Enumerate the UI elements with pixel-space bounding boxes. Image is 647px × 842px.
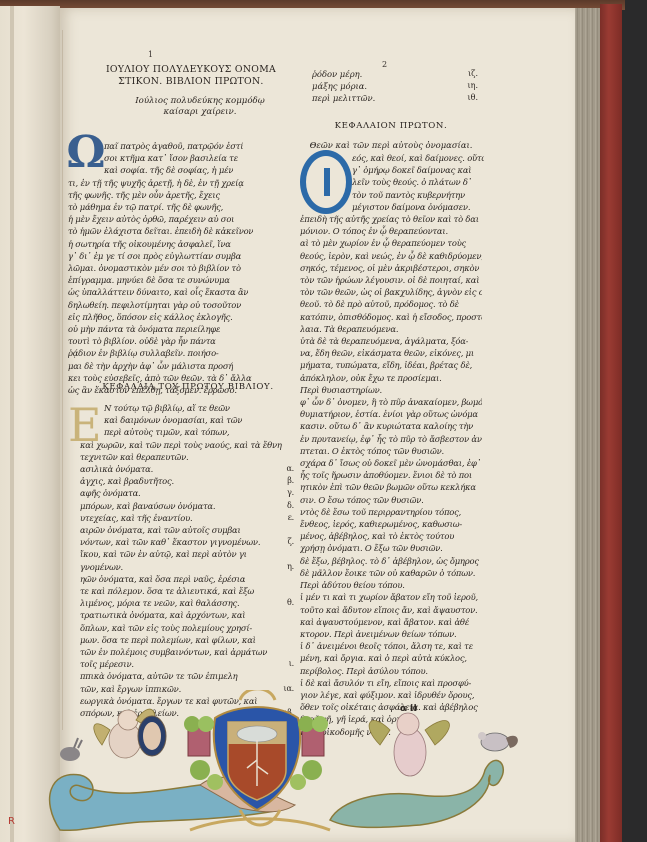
chapter-line: καὶ ἀψαυστούμενον, καὶ ἄβατον. καὶ ἀθέ [300, 616, 482, 628]
line-text: θεούς, ἱερὸν, καὶ νεώς, ἐν ᾧ δὲ καθιδρύο… [300, 250, 482, 262]
line-text: μέγιστον δαίμονα ὀνόμασεν. [352, 201, 470, 213]
line-text: ἐν πρυτανείῳ, ἐφ᾽ ἧς τὸ πῦρ τὸ ἄσβεστον … [300, 433, 482, 445]
theta-stem [324, 168, 330, 196]
line-text: κασιν. οὕτω δ᾽ ἂν κυριώτατα καλοίης τὴν [300, 420, 473, 432]
chapter-number: ι. [289, 658, 294, 670]
contents-entry: Εμπόρων, καὶ βαναύσων ὀνόματα.δ. [80, 500, 294, 512]
line-text: τῆς φωνῆς. τῆς μὲν οὖν ἀρετῆς, ἔχεις [68, 189, 220, 201]
chapter-number: ιθ. [468, 92, 479, 104]
contents-entry: τοῖς μέρεσιν.ι. [80, 658, 294, 670]
line-text: τοῖς μέρεσιν. [80, 658, 134, 670]
chapter-number: γ. [287, 487, 294, 499]
preface-line: γ᾽ δι᾽ ἐμ γε τί σοι πρὸς εὐγλωττίαν συμβ… [68, 250, 294, 262]
line-text: τρατιωτικὰ ὀνόματα, καὶ ἀρχόντων, καὶ [80, 609, 245, 621]
line-text: γ᾽ ὁμήρῳ δοκεῖ δαίμονας καὶ [352, 164, 471, 176]
contents-intro-line: καὶ δαιμόνων ὀνομασίαι, καὶ τῶν [104, 414, 294, 426]
contents-intro-line: περὶ αὐτοὺς τιμῶν, καὶ τόπων, [104, 426, 294, 438]
line-text: οὐ μὴν πάντα τὰ ὀνόματα περιείληφε [68, 323, 220, 335]
chapter-line: λεῖν τοὺς θεούς. ὁ πλάτων δ᾽ [352, 176, 484, 188]
line-text: μένη, καὶ ὄργια. καὶ ὁ περὶ αὐτὰ κύκλος, [300, 652, 467, 664]
line-text: τὸν τῶν θεῶν, ὡς οἱ βακχυλίδης, ἀγνὸν εἰ… [300, 286, 482, 298]
chapter-number: β. [287, 475, 294, 487]
line-text: μόνιον. Ο τόπος ἐν ᾧ θεραπεύονται. [300, 225, 448, 237]
chapter-line: γ᾽ ὁμήρῳ δοκεῖ δαίμονας καὶ [352, 164, 484, 176]
chapter-line: Περὶ θυσιαστηρίων. [300, 384, 482, 396]
contents-entry: Βαφῆς ὀνόματα.γ. [80, 487, 294, 499]
chapter-line: Εσχάρα δ᾽ ἴσως οὐ δοκεῖ μὲν ὠνομάσθαι, ἐ… [300, 457, 482, 469]
line-text: μήματα, τυπώματα, εἴδη, ἰδέαι, βρέτας δὲ… [300, 359, 472, 371]
chapter-number: ε. [288, 512, 294, 524]
line-text: εός, καὶ θεοί, καὶ δαίμονες. οὕτω [352, 152, 484, 164]
line-text: Περὶ ἀδύτου θείου τόπου. [300, 579, 405, 591]
line-text: χρήσῃ ὀνόματι. Ο ἔξω τῶν θυσιῶν. [300, 542, 443, 554]
chapter-line: μέγιστον δαίμονα ὀνόμασεν. [352, 201, 484, 213]
chapter-line: τὸν τῶν ἡρώων λέγουσιν. οἱ δὲ ποιηταί, κ… [300, 274, 482, 286]
chapter-line: θυμιατήριον, ἑστία. ἐνίοι γὰρ οὕτως ὠνόμ… [300, 408, 482, 420]
chapter-line: κτορον. Περὶ ἀνειμένων θείων τόπων. [300, 628, 482, 640]
line-text: ντὸς δὲ ἔσω τοῦ περιρραντηρίου τόπος, [300, 506, 461, 518]
line-text: ἐπειδὴ τῆς αὐτῆς χρείας τὸ θεῖον καὶ τὸ … [300, 213, 479, 225]
line-text: ηῶν ὀνόματα, καὶ ὅσα περὶ ναῦς, ἐρέσια [80, 573, 245, 585]
chapter-line: ἐν πρυτανείῳ, ἐφ᾽ ἧς τὸ πῦρ τὸ ἄσβεστον … [300, 433, 482, 445]
chapter-line: Αὐτὰ δὲ τὰ θεραπευόμενα, ἀγάλματα, ξόα- [300, 335, 482, 347]
chapter-line: μήματα, τυπώματα, εἴδη, ἰδέαι, βρέτας δὲ… [300, 359, 482, 371]
line-text: περὶ αὐτοὺς τιμῶν, καὶ τόπων, [104, 426, 229, 438]
folio-number-left: 1 [148, 50, 153, 59]
line-text: ἐπίγραμμα. μηνύει δὲ ὅσα τε συνώνυμα [68, 274, 230, 286]
line-text: γνομένων. [80, 561, 123, 573]
toc-continued: Αῥόδον μέρη.ιζ.Αμάξης μόρια.ιη.Γπερὶ μελ… [308, 68, 478, 104]
line-text: τουτὶ τὸ βιβλίον. οὐδὲ γὰρ ἦν πάντα [68, 335, 216, 347]
line-text: ἡ μὲν ἔχειν αὐτὸς ὀρθῶ, παρέχειν αὐ σοι [68, 213, 234, 225]
chapter-line: εός, καὶ θεοί, καὶ δαίμονες. οὕτω [352, 152, 484, 164]
line-text: τε καὶ πόλεμον. ὅσα τε ἁλιευτικά, καὶ ἔξ… [80, 585, 254, 597]
line-text: ῥόδον μέρη. [312, 68, 362, 80]
contents-intro-line: καὶ χωρῶν, καὶ τῶν περὶ τοὺς ναούς, καὶ … [80, 439, 294, 451]
line-text: τι, ἐν τῇ τῆς ψυχῆς ἀρετῇ, ἡ δὲ, ἐν τῇ χ… [68, 177, 244, 189]
line-text: τῶν ἐν πολέμοις συμβαινόντων, καὶ ἁρμάτω… [80, 646, 267, 658]
preface-line: τὸ μάθημα ἐν τῷ πατρί. τῆς δὲ φωνῆς, [68, 201, 294, 213]
chapter-line: μόνιον. Ο τόπος ἐν ᾧ θεραπεύονται. [300, 225, 482, 237]
line-text: ἀγχις, καὶ βραδυτῆτος. [80, 475, 174, 487]
toc-entry: Γπερὶ μελιττῶν.ιθ. [308, 92, 478, 104]
line-text: ἡ σωτηρία τῆς οἰκουμένης ἀσφαλεῖ, ἵνα [68, 238, 231, 250]
contents-entry: γνομένων.η. [80, 561, 294, 573]
chapter-line: τὸν τοῦ παντὸς κυβερνήτην [352, 189, 484, 201]
chapter-line: κασιν. οὕτω δ᾽ ἂν κυριώτατα καλοίης τὴν [300, 420, 482, 432]
chapter-number: α. [286, 463, 294, 475]
book-viewer: R 1 2 ΙΟΥΛΙΟΥ ΠΟΛΥΔΕΥΚΟΥΣ ΟΝΟΜΑ ΣΤΙΚΟΝ. … [0, 0, 647, 842]
line-text: ητικὸν ἐπὶ τῶν θεῶν βωμῶν οὕτω κεκλήκα [300, 481, 476, 493]
line-text: καὶ ἀψαυστούμενον, καὶ ἄβατον. καὶ ἀθέ [300, 616, 469, 628]
preface-line: τουτὶ τὸ βιβλίον. οὐδὲ γὰρ ἦν πάντα [68, 335, 294, 347]
contents-intro-line: Ν τούτῳ τῷ βιβλίῳ, αἵ τε θεῶν [104, 402, 294, 414]
preface-line: οὐ μὴν πάντα τὰ ὀνόματα περιείληφε [68, 323, 294, 335]
line-text: παῖ πατρὸς ἀγαθοῦ, πατρῷόν ἐστί [104, 140, 243, 152]
chapter-line: σιν. Ο ἔσω τόπος τῶν θυσιῶν. [300, 494, 482, 506]
chapter-line: ἔνθεος, ἱερός, καθιερωμένος, καθωσιω- [300, 518, 482, 530]
line-text: Ν τούτῳ τῷ βιβλίῳ, αἵ τε θεῶν [104, 402, 230, 414]
line-text: αὶ τὸ μὲν χωρίον ἐν ᾧ θεραπεύομεν τοὺς [300, 237, 466, 249]
line-text: εἰς πλῆθος, ὅπόσον εἰς κάλλος ἐκλογῆς. [68, 311, 233, 323]
line-text: ἔνθεος, ἱερός, καθιερωμένος, καθωσιω- [300, 518, 462, 530]
line-text: τὸν τοῦ παντὸς κυβερνήτην [352, 189, 465, 201]
book-title: ΙΟΥΛΙΟΥ ΠΟΛΥΔΕΥΚΟΥΣ ΟΝΟΜΑ ΣΤΙΚΟΝ. ΒΙΒΛΙΟ… [86, 64, 296, 88]
contents-entry: Οἴκου, καὶ τῶν ἐν αὐτῷ, καὶ περὶ αὐτὸν γ… [80, 548, 294, 560]
preface-line: λῶμαι. ὀνομαστικὸν μέν σοι τὸ βιβλίον τὸ [68, 262, 294, 274]
line-text: περίβολος. Περὶ ἀσύλου τόπου. [300, 665, 428, 677]
contents-intro: Ν τούτῳ τῷ βιβλίῳ, αἵ τε θεῶνκαὶ δαιμόνω… [104, 402, 294, 463]
title-line-2: ΣΤΙΚΟΝ. ΒΙΒΛΙΟΝ ΠΡΩΤΟΝ. [86, 76, 296, 88]
toc-entry: Αῥόδον μέρη.ιζ. [308, 68, 478, 80]
chapter-line: Οἱ δ᾽ ἀνειμένοι θεοῖς τόποι, ἄλση τε, κα… [300, 640, 482, 652]
line-text: ἰ μέν τι καὶ τι χωρίον ἄβατον εἴη τοῦ ἱε… [300, 591, 478, 603]
chapter-line: κατόπιν, ὀπισθόδομος. καὶ ἡ εἴσοδος, προ… [300, 311, 482, 323]
contents-entry: ὅπλων, καὶ τῶν εἰς τοὺς πολεμίους χρησί- [80, 622, 294, 634]
line-text: πτεται. Ο ἐκτὸς τόπος τῶν θυσιῶν. [300, 445, 444, 457]
line-text: τὸ μάθημα ἐν τῷ πατρί. τῆς δὲ φωνῆς, [68, 201, 223, 213]
dedication-line-1: Ιούλιος πολυδεύκης κομμόδῳ [100, 96, 300, 107]
line-text: φ᾽ ὧν δ᾽ ὀνομεν, ἢ τὸ πῦρ ἀνακαίομεν, βω… [300, 396, 482, 408]
contents-intro-line: τεχνιτῶν καὶ θεραπευτῶν. [80, 451, 294, 463]
line-text: να, ἕδη θεῶν, εἰκάσματα θεῶν, εἰκόνες, μ… [300, 347, 474, 359]
preface-line: εἰς πλῆθος, ὅπόσον εἰς κάλλος ἐκλογῆς. [68, 311, 294, 323]
line-text: θυμιατήριον, ἑστία. ἐνίοι γὰρ οὕτως ὠνόμ… [300, 408, 478, 420]
line-text: ππικὰ ὀνόματα, αὐτῶν τε τῶν ἐπιμελη [80, 670, 238, 682]
line-text: ὐτὰ δὲ τὰ θεραπευόμενα, ἀγάλματα, ξόα- [300, 335, 468, 347]
preface-line: ῥᾴδιον ἐν βιβλίῳ συλλαβεῖν. ποιήσο- [68, 347, 294, 359]
preface-line: καὶ σοφία. τῆς δὲ σοφίας, ἡ μέν [104, 164, 294, 176]
line-text: ἰ δὲ καὶ ἄσυλόν τι εἴη, εἴποις καὶ προσφ… [300, 677, 471, 689]
line-text: λεῖν τοὺς θεούς. ὁ πλάτων δ᾽ [352, 176, 472, 188]
line-text: δὲ μᾶλλον ἔοικε τῶν οὐ καθαρῶν ὁ τόπων. [300, 567, 475, 579]
illuminated-initial-omega: Ω [66, 132, 106, 174]
line-text: μων. ὅσα τε περὶ πολεμίων, καὶ φίλων, κα… [80, 634, 256, 646]
line-text: τεχνιτῶν καὶ θεραπευτῶν. [80, 451, 189, 463]
contents-entry: Νηῶν ὀνόματα, καὶ ὅσα περὶ ναῦς, ἐρέσια [80, 573, 294, 585]
chapter-line: μένος, ἀβέβηλος, καὶ τὸ ἐκτὸς τούτου [300, 530, 482, 542]
chapter-line: δὲ μᾶλλον ἔοικε τῶν οὐ καθαρῶν ὁ τόπων. [300, 567, 482, 579]
contents-entry: Ιππικὰ ὀνόματα, αὐτῶν τε τῶν ἐπιμελη [80, 670, 294, 682]
chapter-line: περίβολος. Περὶ ἀσύλου τόπου. [300, 665, 482, 677]
chapter-line: Εἰ δὲ καὶ ἄσυλόν τι εἴη, εἴποις καὶ προσ… [300, 677, 482, 689]
chapter-line: ἀπόκληλον, οὐκ ἔχω τε προσίεμαι. [300, 372, 482, 384]
contents-entry: νόντων, καὶ τῶν καθ᾽ ἕκαστον γιγνομένων.… [80, 536, 294, 548]
line-text: καὶ σοφία. τῆς δὲ σοφίας, ἡ μέν [104, 164, 233, 176]
line-text: ἴκου, καὶ τῶν ἐν αὐτῷ, καὶ περὶ αὐτὸν γι [80, 548, 247, 560]
contents-entry: τε καὶ πόλεμον. ὅσα τε ἁλιευτικά, καὶ ἔξ… [80, 585, 294, 597]
dedication: Ιούλιος πολυδεύκης κομμόδῳ καίσαρι χαίρε… [100, 96, 300, 118]
line-text: αφῆς ὀνόματα. [80, 487, 141, 499]
chapter-heading: ΚΕΦΑΛΑΙΟΝ ΠΡΩΤΟΝ. [300, 121, 482, 131]
line-text: μένος, ἀβέβηλος, καὶ τὸ ἐκτὸς τούτου [300, 530, 454, 542]
chapter-line: λαια. Τὰ θεραπευόμενα. [300, 323, 482, 335]
preface-column: παῖ πατρὸς ἀγαθοῦ, πατρῷόν ἐστίσοι κτῆμα… [104, 140, 294, 396]
line-text: λῶμαι. ὀνομαστικὸν μέν σοι τὸ βιβλίον τὸ [68, 262, 241, 274]
contents-entry: Τἀγχις, καὶ βραδυτῆτος.β. [80, 475, 294, 487]
preface-line: ἡ μὲν ἔχειν αὐτὸς ὀρθῶ, παρέχειν αὐ σοι [68, 213, 294, 225]
contents-entry: Ευτεχείας, καὶ τῆς ἐναντίου.ε. [80, 512, 294, 524]
line-text: σοι κτῆμα κατ᾽ ἴσον βασιλεία τε [104, 152, 238, 164]
line-text: δὲ ἔξω, βέβηλος. τὸ δ᾽ ἀβέβηλον, ὡς ὄμηρ… [300, 555, 479, 567]
line-text: μάξης μόρια. [312, 80, 367, 92]
chapter-line: τοῦτο καὶ ἄδυτον εἴποις ἄν, καὶ ἄψαυστον… [300, 604, 482, 616]
chapter-line: ἧς τοῖς ἥρωσιν ἀποθύομεν. ἔνιοι δὲ τὸ πο… [300, 469, 482, 481]
line-text: σιν. Ο ἔσω τόπος τῶν θυσιῶν. [300, 494, 424, 506]
chapter-line: σηκός, τέμενος, οἱ μὲν ἀκριβέστεροι, σηκ… [300, 262, 482, 274]
line-text: σχάρα δ᾽ ἴσως οὐ δοκεῖ μὲν ὠνομάσθαι, ἐφ… [300, 457, 481, 469]
line-text: μαι δὲ τὴν ἀρχὴν ἀφ᾽ ὧν μάλιστα προσή [68, 360, 233, 372]
chapter-number: θ. [287, 597, 294, 609]
chapter-line: θεοῦ. τὸ δὲ πρὸ αὐτοῦ, πρόδομος. τὸ δὲ [300, 298, 482, 310]
contents-entry: Καιρῶν ὀνόματα, καὶ τῶν αὐτοῖς συμβαι [80, 524, 294, 536]
chapter-number: η. [287, 561, 294, 573]
line-text: περὶ μελιττῶν. [312, 92, 375, 104]
line-text: λιμένος, μόρια τε νεῶν, καὶ θαλάσσης. [80, 597, 239, 609]
line-text: λαια. Τὰ θεραπευόμενα. [300, 323, 398, 335]
gutter-crease [10, 6, 14, 842]
contents-entry: τῶν ἐν πολέμοις συμβαινόντων, καὶ ἁρμάτω… [80, 646, 294, 658]
line-text: ὡς ὑπαλλάττειν δύναιτο, καὶ οἷς ἕκαστα ἂ… [68, 286, 248, 298]
preface-line: δηλωθείη. πεφιλοτίμηται γὰρ οὐ τοσοῦτον [68, 299, 294, 311]
chapter-text: ἐπειδὴ τῆς αὐτῆς χρείας τὸ θεῖον καὶ τὸ … [300, 213, 482, 738]
line-text: ασιλικὰ ὀνόματα. [80, 463, 153, 475]
chapter-subheading: Θεῶν καὶ τῶν περὶ αὐτοὺς ὀνομασίαι. [300, 140, 482, 150]
chapter-number: δ. [287, 500, 294, 512]
dedication-line-2: καίσαρι χαίρειν. [100, 107, 300, 118]
chapter-number: ιη. [468, 80, 478, 92]
chapter-line: Καὶ τὸ μὲν χωρίον ἐν ᾧ θεραπεύομεν τοὺς [300, 237, 482, 249]
library-stamp: R [8, 815, 17, 829]
chapter-line: Εφ᾽ ὧν δ᾽ ὀνομεν, ἢ τὸ πῦρ ἀνακαίομεν, β… [300, 396, 482, 408]
preface-line: ἡ σωτηρία τῆς οἰκουμένης ἀσφαλεῖ, ἵνα [68, 238, 294, 250]
binding-red-edge [600, 4, 622, 842]
line-text: καὶ χωρῶν, καὶ τῶν περὶ τοὺς ναούς, καὶ … [80, 439, 282, 451]
preface-line: τῆς φωνῆς. τῆς μὲν οὖν ἀρετῆς, ἔχεις [68, 189, 294, 201]
chapter-line: χρήσῃ ὀνόματι. Ο ἔξω τῶν θυσιῶν. [300, 542, 482, 554]
line-text: δηλωθείη. πεφιλοτίμηται γὰρ οὐ τοσοῦτον [68, 299, 241, 311]
line-text: θεοῦ. τὸ δὲ πρὸ αὐτοῦ, πρόδομος. τὸ δὲ [300, 298, 459, 310]
line-text: μπόρων, καὶ βαναύσων ὀνόματα. [80, 500, 215, 512]
chapter-line: τὸν τῶν θεῶν, ὡς οἱ βακχυλίδης, ἀγνὸν εἰ… [300, 286, 482, 298]
line-text: κτορον. Περὶ ἀνειμένων θείων τόπων. [300, 628, 457, 640]
line-text: ῥᾴδιον ἐν βιβλίῳ συλλαβεῖν. ποιήσο- [68, 347, 219, 359]
line-text: γ᾽ δι᾽ ἐμ γε τί σοι πρὸς εὐγλωττίαν συμβ… [68, 250, 241, 262]
preface-line: ὡς ὑπαλλάττειν δύναιτο, καὶ οἷς ἕκαστα ἂ… [68, 286, 294, 298]
line-text: σηκός, τέμενος, οἱ μὲν ἀκριβέστεροι, σηκ… [300, 262, 479, 274]
preface-line: ἐπίγραμμα. μηνύει δὲ ὅσα τε συνώνυμα [68, 274, 294, 286]
line-text: ἧς τοῖς ἥρωσιν ἀποθύομεν. ἔνιοι δὲ τὸ πο… [300, 469, 472, 481]
chapter-line: μένη, καὶ ὄργια. καὶ ὁ περὶ αὐτὰ κύκλος, [300, 652, 482, 664]
title-line-1: ΙΟΥΛΙΟΥ ΠΟΛΥΔΕΥΚΟΥΣ ΟΝΟΜΑ [86, 64, 296, 76]
line-text: τὸν τῶν ἡρώων λέγουσιν. οἱ δὲ ποιηταί, κ… [300, 274, 479, 286]
preface-line: σοι κτῆμα κατ᾽ ἴσον βασιλεία τε [104, 152, 294, 164]
chapter-line: Οδὲ ἔξω, βέβηλος. τὸ δ᾽ ἀβέβηλον, ὡς ὄμη… [300, 555, 482, 567]
chapter-line: Εντὸς δὲ ἔσω τοῦ περιρραντηρίου τόπος, [300, 506, 482, 518]
chapter-line: Εἰ μέν τι καὶ τι χωρίον ἄβατον εἴη τοῦ ἱ… [300, 591, 482, 603]
contents-heading: ΚΕΦΑΛΑΙΑ ΤΟΥ ΠΡΩΤΟΥ ΒΙΒΛΙΟΥ. [68, 382, 308, 392]
illuminated-border-ornament [40, 690, 600, 842]
chapter-line: ητικὸν ἐπὶ τῶν θεῶν βωμῶν οὕτω κεκλήκα [300, 481, 482, 493]
preface-line: παῖ πατρὸς ἀγαθοῦ, πατρῷόν ἐστί [104, 140, 294, 152]
chapter-line: να, ἕδη θεῶν, εἰκάσματα θεῶν, εἰκόνες, μ… [300, 347, 482, 359]
line-text: τὸ ἡμῶν ἐλάχιστα δεῖται. ἐπειδὴ δὲ κἀκεῖ… [68, 225, 253, 237]
line-text: υτεχείας, καὶ τῆς ἐναντίου. [80, 512, 192, 524]
preface-line: τὸ ἡμῶν ἐλάχιστα δεῖται. ἐπειδὴ δὲ κἀκεῖ… [68, 225, 294, 237]
line-text: τοῦτο καὶ ἄδυτον εἴποις ἄν, καὶ ἄψαυστον… [300, 604, 477, 616]
contents-entry: μων. ὅσα τε περὶ πολεμίων, καὶ φίλων, κα… [80, 634, 294, 646]
chapter-number: ζ. [288, 536, 294, 548]
preface-line: τι, ἐν τῇ τῆς ψυχῆς ἀρετῇ, ἡ δὲ, ἐν τῇ χ… [68, 177, 294, 189]
line-text: νόντων, καὶ τῶν καθ᾽ ἕκαστον γιγνομένων. [80, 536, 260, 548]
contents-entry: Στρατιωτικὰ ὀνόματα, καὶ ἀρχόντων, καὶ [80, 609, 294, 621]
chapter-line: πτεται. Ο ἐκτὸς τόπος τῶν θυσιῶν. [300, 445, 482, 457]
line-text: κατόπιν, ὀπισθόδομος. καὶ ἡ εἴσοδος, προ… [300, 311, 482, 323]
line-text: Περὶ θυσιαστηρίων. [300, 384, 382, 396]
line-text: ὅπλων, καὶ τῶν εἰς τοὺς πολεμίους χρησί- [80, 622, 252, 634]
contents-list: Βασιλικὰ ὀνόματα.α.Τἀγχις, καὶ βραδυτῆτο… [80, 463, 294, 719]
preface-line: μαι δὲ τὴν ἀρχὴν ἀφ᾽ ὧν μάλιστα προσή [68, 360, 294, 372]
chapter-text-wrap: εός, καὶ θεοί, καὶ δαίμονες. οὕτωγ᾽ ὁμήρ… [352, 152, 484, 213]
line-text: ἱ δ᾽ ἀνειμένοι θεοῖς τόποι, ἄλση τε, καὶ… [300, 640, 473, 652]
chapter-number: ιζ. [468, 68, 478, 80]
margin-rule [62, 30, 63, 730]
chapter-line: ἐπειδὴ τῆς αὐτῆς χρείας τὸ θεῖον καὶ τὸ … [300, 213, 482, 225]
illuminated-initial-theta [300, 150, 352, 214]
line-text: καὶ δαιμόνων ὀνομασίαι, καὶ τῶν [104, 414, 242, 426]
chapter-line: Περὶ ἀδύτου θείου τόπου. [300, 579, 482, 591]
line-text: αιρῶν ὀνόματα, καὶ τῶν αὐτοῖς συμβαι [80, 524, 241, 536]
contents-entry: λιμένος, μόρια τε νεῶν, καὶ θαλάσσης.θ. [80, 597, 294, 609]
contents-entry: Βασιλικὰ ὀνόματα.α. [80, 463, 294, 475]
line-text: ἀπόκληλον, οὐκ ἔχω τε προσίεμαι. [300, 372, 442, 384]
toc-entry: Αμάξης μόρια.ιη. [308, 80, 478, 92]
chapter-line: θεούς, ἱερὸν, καὶ νεώς, ἐν ᾧ δὲ καθιδρύο… [300, 250, 482, 262]
background-dark [622, 0, 647, 842]
